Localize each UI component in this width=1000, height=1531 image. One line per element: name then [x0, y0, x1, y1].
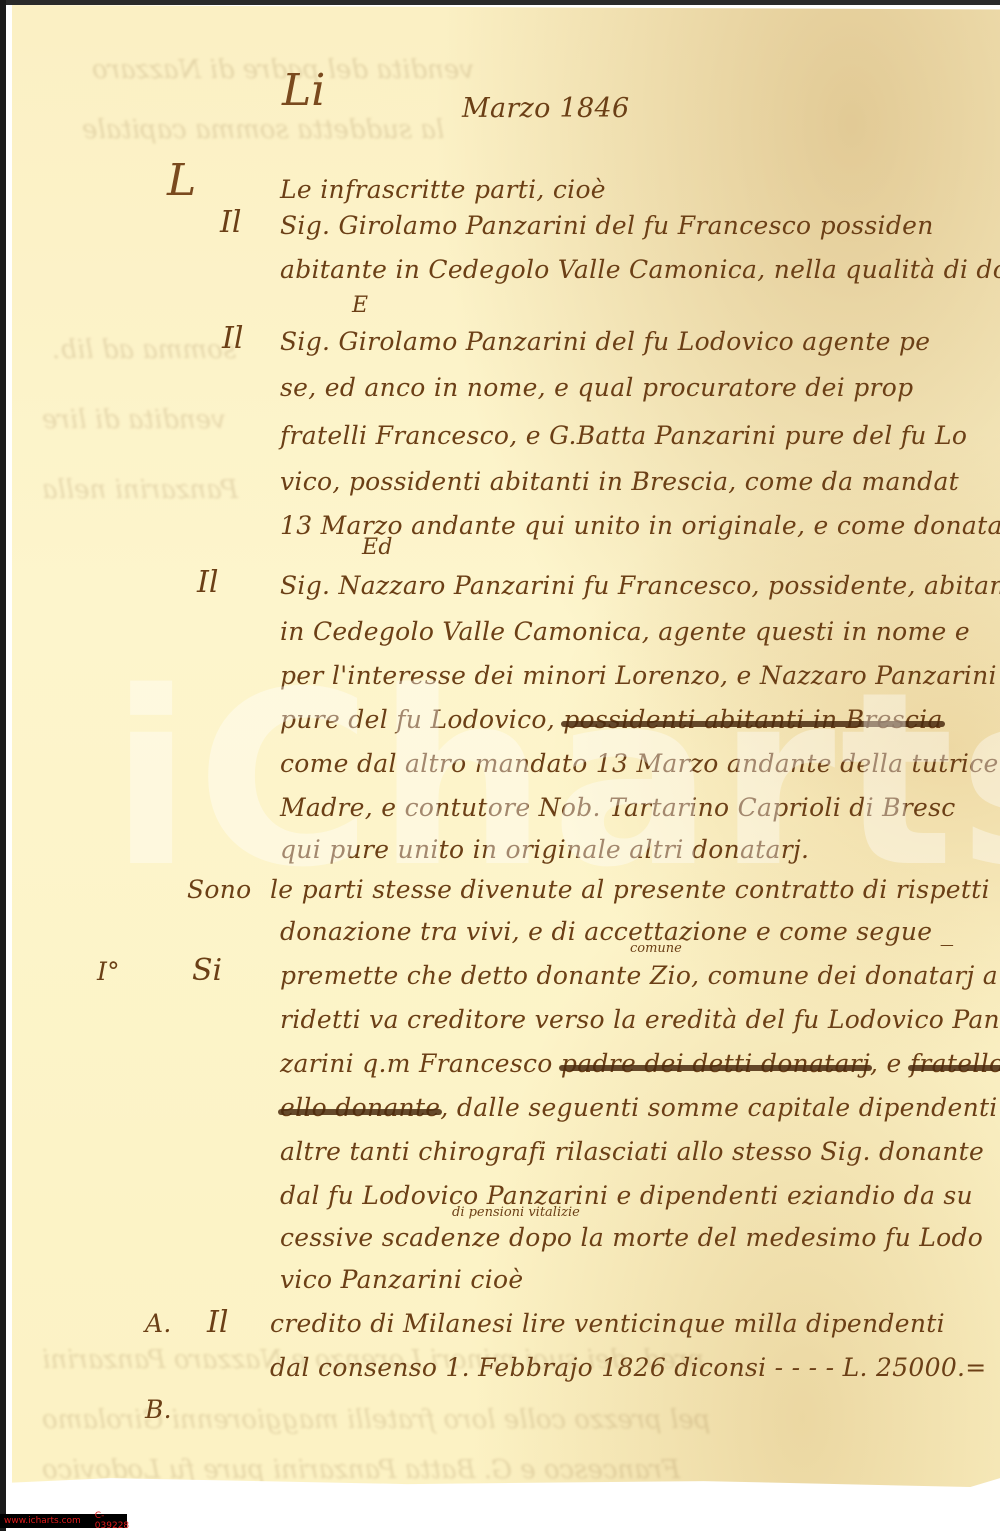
opening-line: Le infrascritte parti, cioè: [280, 175, 606, 204]
article-line-7: cessive scadenze dopo la morte del medes…: [280, 1223, 983, 1252]
opening-initial: L: [167, 155, 196, 206]
footer-site: www.icharts.com: [4, 1516, 81, 1526]
scan-frame-left: [0, 0, 6, 1531]
party-1-line-2: abitante in Cedegolo Valle Camonica, nel…: [280, 255, 1000, 284]
bleed-through-text: vendita di lire: [42, 405, 226, 435]
party-3-line-4: pure del fu Lodovico, possidenti abitant…: [280, 705, 943, 734]
article-line-4-text: , dalle seguenti somme capitale dipenden…: [440, 1093, 1000, 1122]
date-heading: Marzo 1846: [462, 93, 629, 124]
bleed-through-text: somma ad lib.: [52, 335, 236, 365]
bleed-through-text: Francesco e G. Batta Panzarini pure fu L…: [42, 1455, 680, 1485]
party-1-connector: E: [352, 293, 368, 318]
item-a-line-1: credito di Milanesi lire venticinque mil…: [270, 1309, 945, 1338]
party-3-line-6: Madre, e contutore Nob. Tartarino Caprio…: [280, 793, 956, 822]
article-line-2: ridetti va creditore verso la eredità de…: [280, 1005, 1000, 1034]
party-1-line-1: Sig. Girolamo Panzarini del fu Francesco…: [280, 211, 934, 240]
article-line-1: premette che detto donante Zio, comune d…: [280, 961, 998, 990]
struck-out-text: ello donante: [280, 1093, 440, 1122]
party-1-marker: Il: [220, 205, 241, 240]
article-marker: Si: [192, 953, 222, 988]
article-line-3-text: zarini q.m Francesco: [280, 1049, 561, 1078]
article-line-3: zarini q.m Francesco padre dei detti don…: [280, 1049, 1000, 1078]
party-2-line-1: Sig. Girolamo Panzarini del fu Lodovico …: [280, 327, 930, 356]
article-line-3-text-b: , e: [870, 1049, 910, 1078]
party-3-line-1: Sig. Nazzaro Panzarini fu Francesco, pos…: [280, 571, 1000, 600]
manuscript-page: vendita del padre di Nazzaro la suddetta…: [12, 5, 1000, 1493]
party-2-marker: Il: [222, 321, 243, 356]
party-3-line-5: come dal altro mandato 13 Marzo andante …: [280, 749, 999, 778]
agreement-line-1: le parti stesse divenute al presente con…: [270, 875, 990, 904]
insertion-above-line: comune: [630, 941, 682, 956]
party-2-line-4: vico, possidenti abitanti in Brescia, co…: [280, 467, 959, 496]
party-2-connector: Ed: [362, 535, 393, 560]
article-line-5: altre tanti chirografi rilasciati allo s…: [280, 1137, 984, 1166]
article-number: I°: [97, 957, 120, 986]
item-a-letter: A.: [145, 1309, 172, 1338]
agreement-line-2: donazione tra vivi, e di accettazione e …: [280, 917, 953, 946]
party-3-line-2: in Cedegolo Valle Camonica, agente quest…: [280, 617, 970, 646]
scan-frame-top: [0, 0, 1000, 5]
footer-code: C-039228: [95, 1511, 129, 1531]
agreement-marker: Sono: [187, 875, 252, 904]
insertion-above-line: di pensioni vitalizie: [452, 1205, 580, 1220]
bleed-through-text: pel prezzo colle loro fratelli maggioren…: [42, 1405, 710, 1435]
date-place: Li: [282, 65, 325, 116]
bleed-through-text: la suddetta somma capitale: [82, 115, 444, 145]
item-a-line-2: dal consenso 1. Febbrajo 1826 diconsi - …: [270, 1353, 987, 1382]
party-3-marker: Il: [197, 565, 218, 600]
article-line-6: dal fu Lodovico Panzarini e dipendenti e…: [280, 1181, 973, 1210]
party-3-line-4-text: pure del fu Lodovico,: [280, 705, 563, 734]
article-line-4: ello donante, dalle seguenti somme capit…: [280, 1093, 1000, 1122]
article-line-8: vico Panzarini cioè: [280, 1265, 523, 1294]
struck-out-text: possidenti abitanti in Brescia: [563, 705, 942, 734]
struck-out-text: fratello d: [910, 1049, 1000, 1078]
party-3-line-3: per l'interesse dei minori Lorenzo, e Na…: [280, 661, 997, 690]
party-2-line-3: fratelli Francesco, e G.Batta Panzarini …: [280, 421, 967, 450]
struck-out-text: padre dei detti donatarj: [561, 1049, 870, 1078]
item-b-letter: B.: [145, 1395, 172, 1424]
item-a-marker: Il: [207, 1305, 228, 1340]
footer-bar: www.icharts.com C-039228: [0, 1514, 127, 1528]
party-2-line-2: se, ed anco in nome, e qual procuratore …: [280, 373, 913, 402]
party-3-line-7: qui pure unito in originale altri donata…: [280, 835, 809, 864]
bleed-through-text: Panzarini nella: [42, 475, 238, 505]
